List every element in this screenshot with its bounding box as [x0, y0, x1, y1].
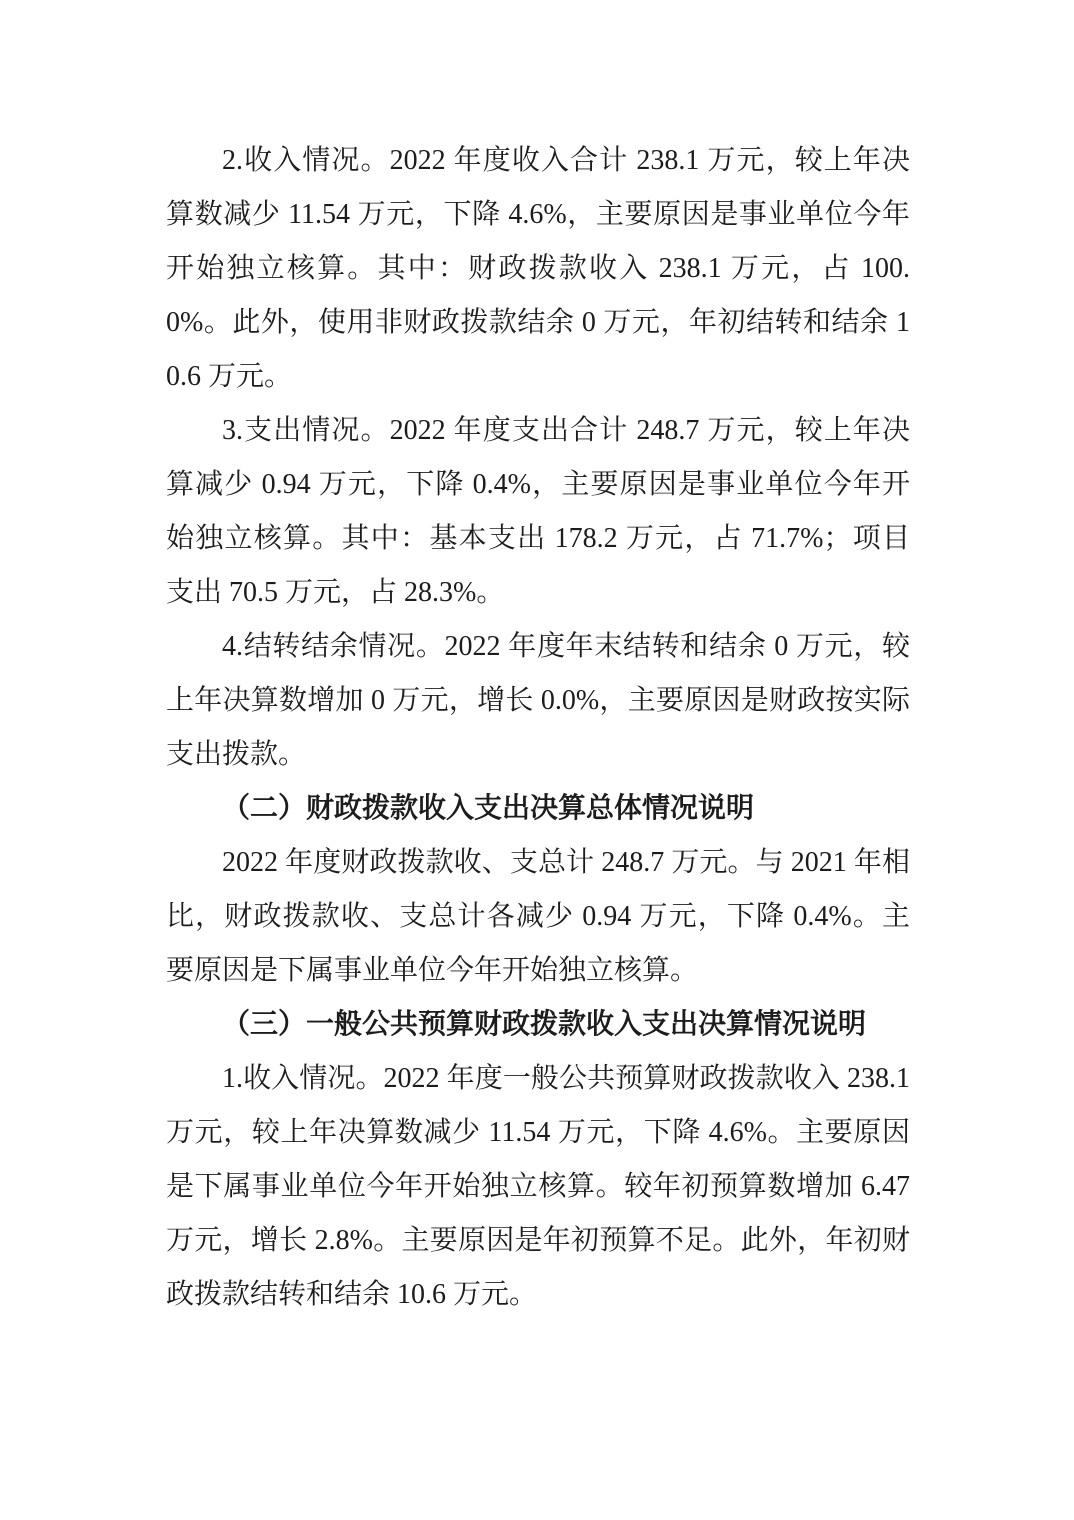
heading-section-3-general-public-budget: （三）一般公共预算财政拨款收入支出决算情况说明 [166, 998, 910, 1052]
document-page: 2.收入情况。2022 年度收入合计 238.1 万元，较上年决算数减少 11.… [0, 0, 1074, 1520]
paragraph-general-budget-income: 1.收入情况。2022 年度一般公共预算财政拨款收入 238.1 万元，较上年决… [166, 1052, 910, 1322]
paragraph-carryover-balance: 4.结转结余情况。2022 年度年末结转和结余 0 万元，较上年决算数增加 0 … [166, 620, 910, 782]
document-text-block: 2.收入情况。2022 年度收入合计 238.1 万元，较上年决算数减少 11.… [166, 134, 910, 1322]
paragraph-expenditure-overview: 3.支出情况。2022 年度支出合计 248.7 万元，较上年决算减少 0.94… [166, 404, 910, 620]
heading-section-2-fiscal-appropriation: （二）财政拨款收入支出决算总体情况说明 [166, 782, 910, 836]
paragraph-fiscal-appropriation-total: 2022 年度财政拨款收、支总计 248.7 万元。与 2021 年相比，财政拨… [166, 836, 910, 998]
paragraph-income-overview: 2.收入情况。2022 年度收入合计 238.1 万元，较上年决算数减少 11.… [166, 134, 910, 404]
